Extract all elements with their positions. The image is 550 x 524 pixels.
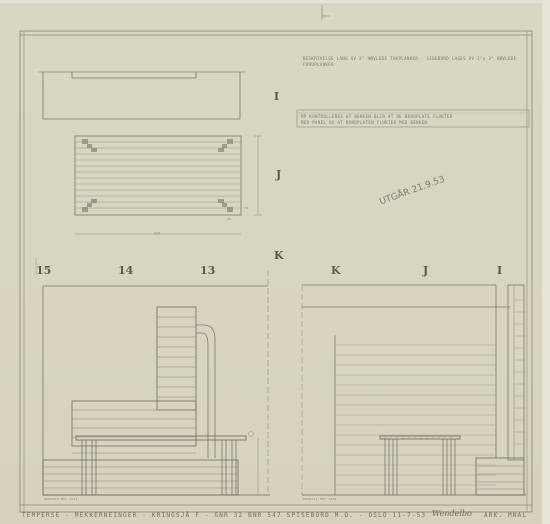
architect-signature: Wendelbo bbox=[432, 509, 472, 518]
axis-label-j: J bbox=[423, 264, 428, 277]
dim-width: 210 bbox=[154, 231, 160, 235]
caption-left-elevation: OPPRISS MOT 1610 bbox=[44, 497, 78, 501]
axis-label-14: 14 bbox=[118, 264, 133, 277]
title-block-text: TEMPERSE - MEKKERNEINGER - KRINGSJÅ F - … bbox=[22, 512, 426, 519]
caption-right-elevation: OPPRISS MOT 1606 bbox=[303, 497, 337, 501]
note-boxed-line2: MED PANEL OG AT BORDPLATEN FLUKTER MED B… bbox=[301, 120, 427, 125]
note-boxed-line1: MÅ KONTROLLERES AT BENKEN BLIR AT DE BOR… bbox=[301, 114, 453, 119]
dim-depth: 70 bbox=[244, 206, 248, 210]
section-label-k: K bbox=[274, 249, 284, 262]
note-top-line1: BESKRIVELSE LANG AV 2" HØVLEDE TAKPLANKE… bbox=[303, 56, 516, 61]
architect-title: ARK. MNAL bbox=[484, 512, 527, 519]
axis-label-15: 15 bbox=[36, 264, 51, 277]
axis-label-13: 13 bbox=[200, 264, 215, 277]
section-label-j: J bbox=[276, 168, 281, 181]
drawing-linework bbox=[0, 0, 550, 524]
section-label-i: I bbox=[274, 90, 279, 103]
note-top-line2: FURUPLANKER bbox=[303, 62, 334, 67]
dim-small: 40 bbox=[227, 217, 231, 221]
axis-label-k: K bbox=[331, 264, 341, 277]
drawing-sheet: BESKRIVELSE LANG AV 2" HØVLEDE TAKPLANKE… bbox=[0, 0, 550, 524]
axis-label-i: I bbox=[497, 264, 502, 277]
